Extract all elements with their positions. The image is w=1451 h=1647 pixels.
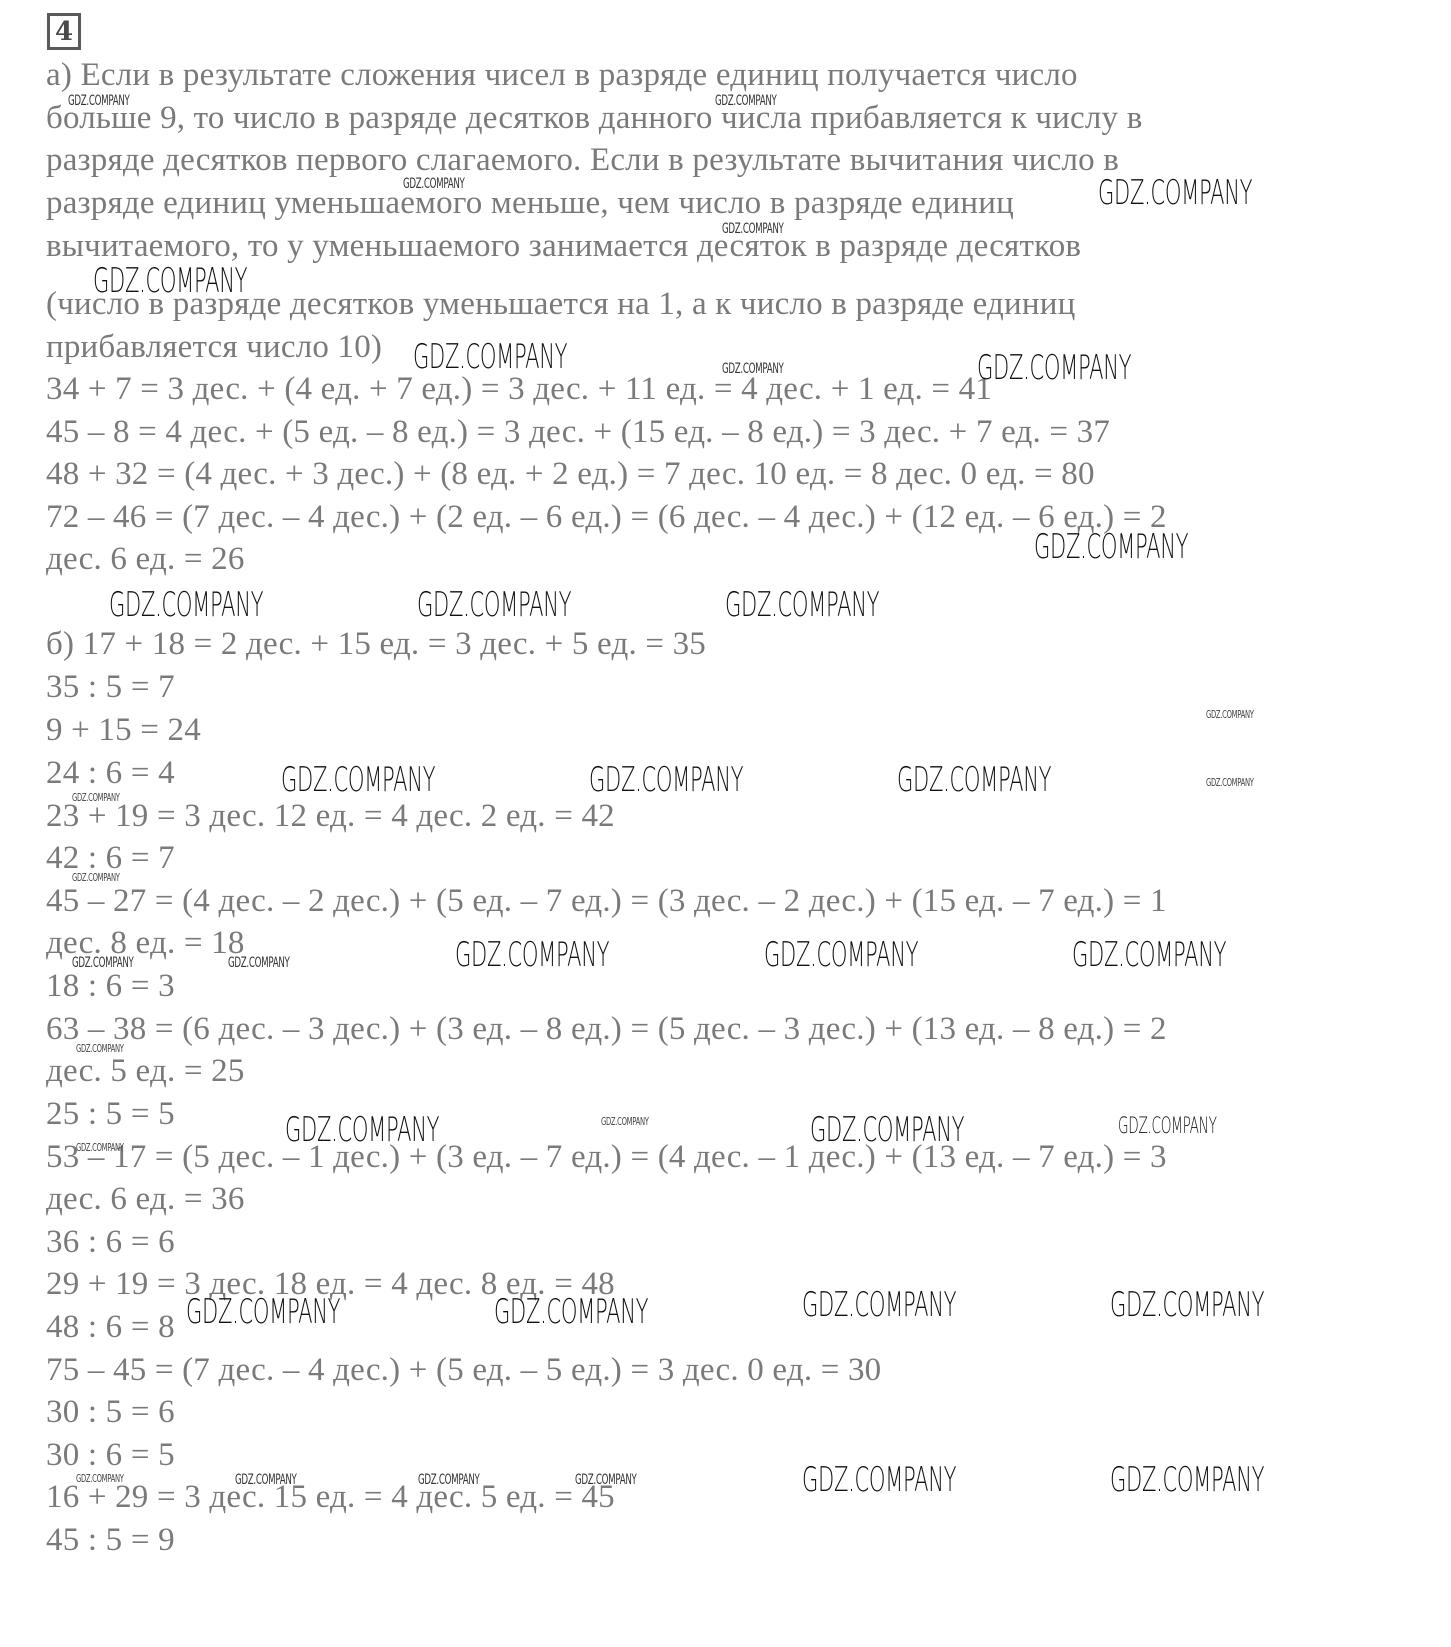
watermark: GDZ.COMPANY	[802, 1463, 956, 1497]
solution-line: 63 – 38 = (6 дес. – 3 дес.) + (3 ед. – 8…	[46, 1009, 1167, 1049]
watermark: GDZ.COMPANY	[413, 340, 567, 374]
solution-line: 16 + 29 = 3 дес. 15 ед. = 4 дес. 5 ед. =…	[46, 1477, 615, 1517]
watermark: GDZ.COMPANY	[93, 264, 247, 298]
watermark: GDZ.COMPANY	[1110, 1288, 1264, 1322]
example-line: 72 – 46 = (7 дес. – 4 дес.) + (2 ед. – 6…	[46, 497, 1167, 537]
watermark: GDZ.COMPANY	[68, 94, 130, 108]
watermark: GDZ.COMPANY	[722, 362, 784, 376]
watermark: GDZ.COMPANY	[810, 1113, 964, 1147]
solution-line: 9 + 15 = 24	[46, 710, 201, 750]
solution-line: 36 : 6 = 6	[46, 1222, 175, 1262]
solution-line: 23 + 19 = 3 дес. 12 ед. = 4 дес. 2 ед. =…	[46, 796, 615, 836]
watermark: GDZ.COMPANY	[76, 1473, 124, 1484]
example-line: дес. 6 ед. = 26	[46, 539, 245, 579]
solution-line: 53 – 17 = (5 дес. – 1 дес.) + (3 ед. – 7…	[46, 1137, 1167, 1177]
watermark: GDZ.COMPANY	[1034, 530, 1188, 564]
rule-line: разряде единиц уменьшаемого меньше, чем …	[46, 183, 1014, 223]
solution-line: 30 : 6 = 5	[46, 1435, 175, 1475]
solution-line: 35 : 5 = 7	[46, 667, 175, 707]
watermark: GDZ.COMPANY	[1118, 1116, 1217, 1138]
solution-line: 45 – 27 = (4 дес. – 2 дес.) + (5 ед. – 7…	[46, 881, 1167, 921]
watermark: GDZ.COMPANY	[725, 588, 879, 622]
watermark: GDZ.COMPANY	[109, 588, 263, 622]
solution-line: 30 : 5 = 6	[46, 1392, 175, 1432]
watermark: GDZ.COMPANY	[715, 94, 777, 108]
watermark: GDZ.COMPANY	[575, 1473, 637, 1487]
rule-line: разряде десятков первого слагаемого. Есл…	[46, 140, 1119, 180]
example-line: 48 + 32 = (4 дес. + 3 дес.) + (8 ед. + 2…	[46, 454, 1095, 494]
rule-line: вычитаемого, то у уменьшаемого занимаетс…	[46, 226, 1081, 266]
watermark: GDZ.COMPANY	[1110, 1463, 1264, 1497]
watermark: GDZ.COMPANY	[76, 1043, 124, 1054]
watermark: GDZ.COMPANY	[1098, 176, 1252, 210]
watermark: GDZ.COMPANY	[601, 1116, 649, 1127]
task-number-badge: 4	[47, 13, 81, 50]
watermark: GDZ.COMPANY	[494, 1295, 648, 1329]
watermark: GDZ.COMPANY	[1072, 938, 1226, 972]
rule-line: а) Если в результате сложения чисел в ра…	[46, 55, 1078, 95]
watermark: GDZ.COMPANY	[455, 938, 609, 972]
watermark: GDZ.COMPANY	[418, 1473, 480, 1487]
example-line: 45 – 8 = 4 дес. + (5 ед. – 8 ед.) = 3 де…	[46, 412, 1110, 452]
solution-line: 45 : 5 = 9	[46, 1520, 175, 1560]
watermark: GDZ.COMPANY	[977, 351, 1131, 385]
watermark: GDZ.COMPANY	[72, 956, 134, 970]
watermark: GDZ.COMPANY	[228, 956, 290, 970]
watermark: GDZ.COMPANY	[897, 763, 1051, 797]
watermark: GDZ.COMPANY	[764, 938, 918, 972]
watermark: GDZ.COMPANY	[417, 588, 571, 622]
solution-line: 25 : 5 = 5	[46, 1094, 175, 1134]
watermark: GDZ.COMPANY	[403, 177, 465, 191]
watermark: GDZ.COMPANY	[186, 1295, 340, 1329]
watermark: GDZ.COMPANY	[802, 1288, 956, 1322]
watermark: GDZ.COMPANY	[285, 1113, 439, 1147]
watermark: GDZ.COMPANY	[72, 872, 120, 883]
solution-line: дес. 5 ед. = 25	[46, 1051, 245, 1091]
watermark: GDZ.COMPANY	[1206, 777, 1254, 788]
solution-line: 24 : 6 = 4	[46, 753, 175, 793]
watermark: GDZ.COMPANY	[235, 1473, 297, 1487]
watermark: GDZ.COMPANY	[72, 792, 120, 803]
watermark: GDZ.COMPANY	[76, 1142, 124, 1153]
rule-line: прибавляется число 10)	[46, 327, 382, 367]
solution-line: 18 : 6 = 3	[46, 966, 175, 1006]
watermark: GDZ.COMPANY	[1206, 709, 1254, 720]
rule-line: больше 9, то число в разряде десятков да…	[46, 98, 1142, 138]
solution-line: 75 – 45 = (7 дес. – 4 дес.) + (5 ед. – 5…	[46, 1350, 881, 1390]
solution-line: 48 : 6 = 8	[46, 1307, 175, 1347]
solution-line: б) 17 + 18 = 2 дес. + 15 ед. = 3 дес. + …	[46, 624, 706, 664]
watermark: GDZ.COMPANY	[722, 222, 784, 236]
solution-line: дес. 6 ед. = 36	[46, 1179, 245, 1219]
watermark: GDZ.COMPANY	[281, 763, 435, 797]
watermark: GDZ.COMPANY	[589, 763, 743, 797]
